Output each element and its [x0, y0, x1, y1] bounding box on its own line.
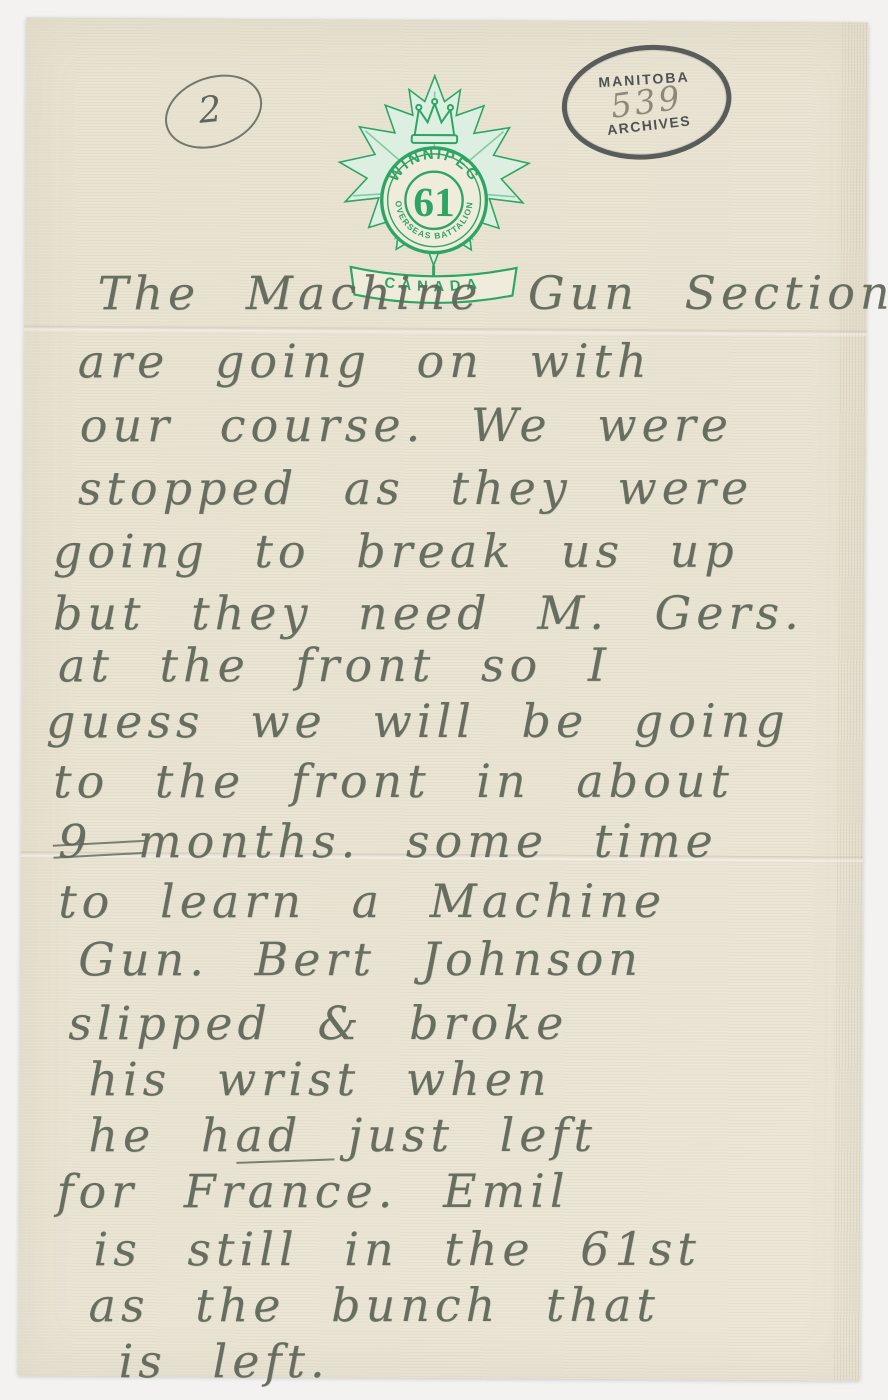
letter-line: for France. Emil	[56, 1168, 569, 1214]
letter-line: he had just left	[88, 1112, 597, 1158]
scanned-letter: 2	[0, 0, 888, 1400]
letter-body: The Machine Gun Section are going on wit…	[21, 20, 864, 1379]
letter-line: slipped & broke	[68, 1000, 568, 1046]
letter-line: to the front in about	[53, 758, 734, 805]
letter-line: our course. We were	[80, 402, 733, 449]
letter-line: his wrist when	[88, 1056, 551, 1102]
letter-line: stopped as they were	[78, 465, 753, 512]
letter-line: guess we will be going	[46, 698, 790, 745]
letter-line: Gun. Bert Johnson	[78, 936, 643, 982]
letter-line: are going on with	[78, 338, 652, 385]
letter-line: at the front so I	[58, 642, 611, 688]
letter-line: is still in the 61st	[93, 1226, 700, 1273]
letter-line: as the bunch that	[89, 1282, 660, 1328]
letter-line: going to break us up	[53, 528, 739, 575]
letter-line: but they need M. Gers.	[53, 590, 804, 637]
letter-line: 9 months. some time	[58, 818, 718, 865]
letter-page: 2	[18, 17, 868, 1380]
letter-line: The Machine Gun Section	[98, 270, 888, 317]
letter-line: to learn a Machine	[58, 878, 666, 925]
letter-line: is left.	[119, 1338, 330, 1384]
